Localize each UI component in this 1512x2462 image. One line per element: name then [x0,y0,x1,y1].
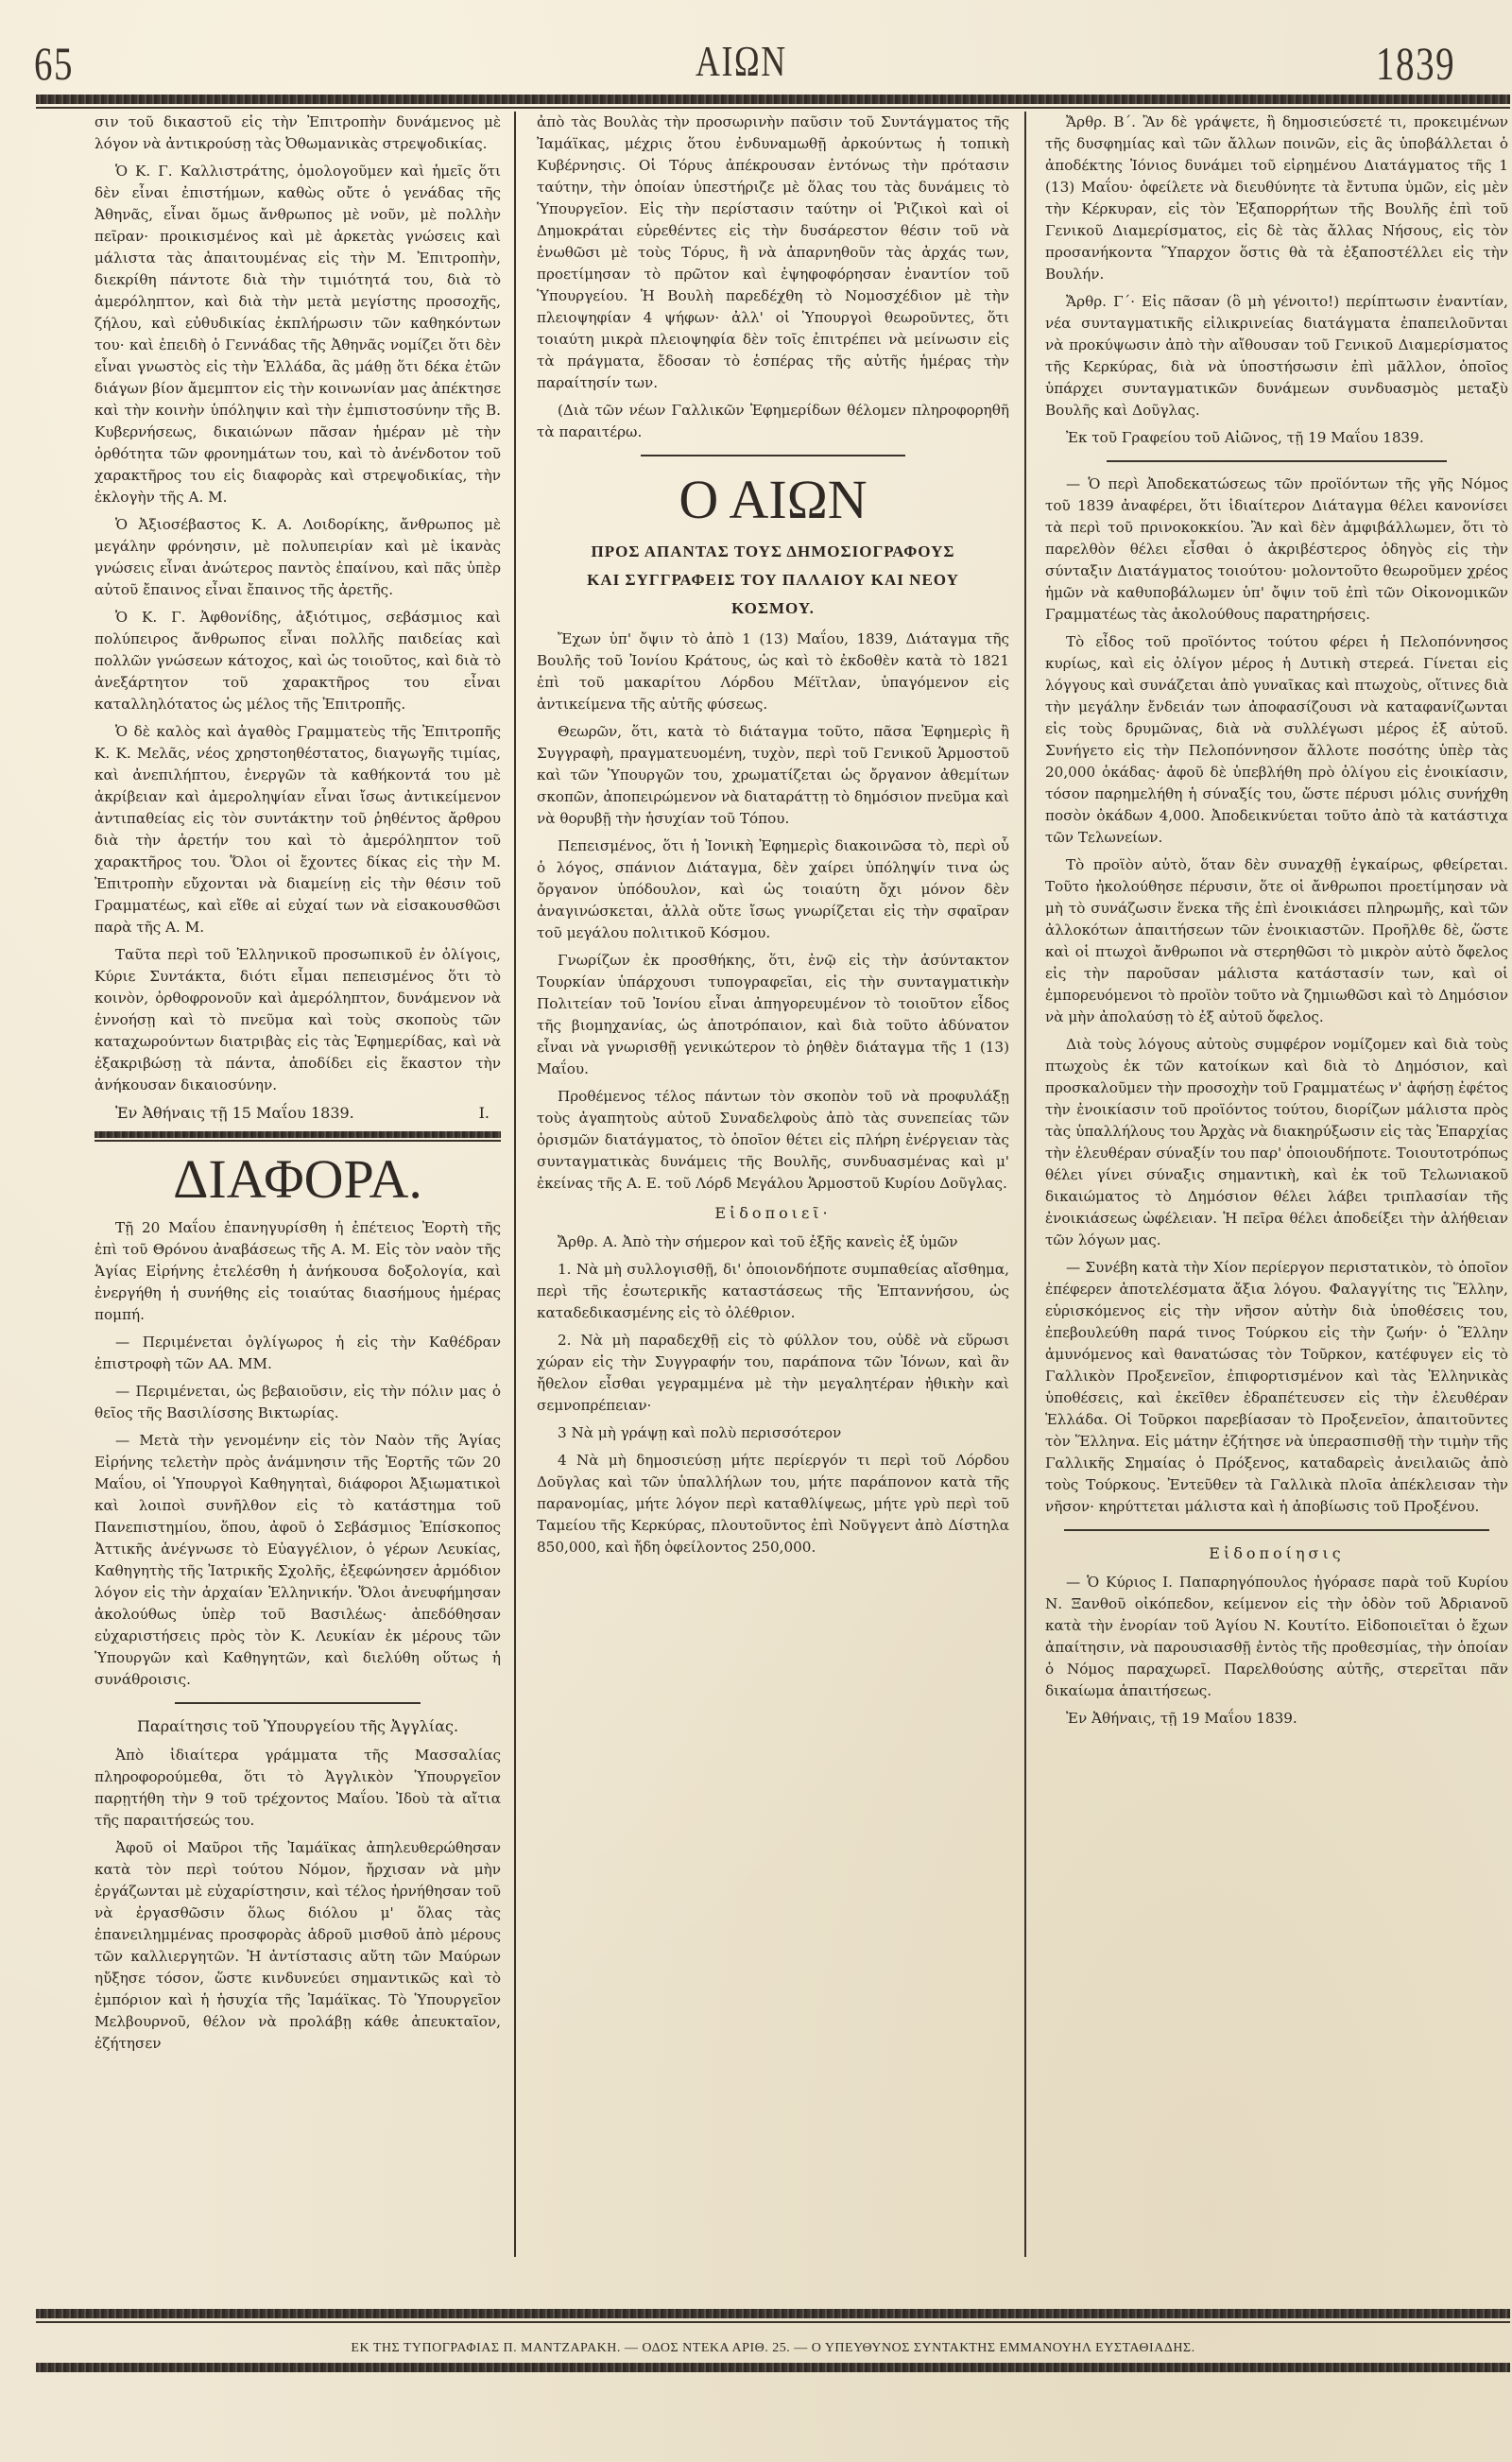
paragraph: (Διὰ τῶν νέων Γαλλικῶν Ἐφημερίδων θέλομε… [537,400,1009,443]
notice-signoff: Ἐν Ἀθήναις, τῇ 19 Μαΐου 1839. [1045,1708,1508,1730]
paragraph: Ἀπὸ ἰδιαίτερα γράμματα τῆς Μασσαλίας πλη… [94,1745,501,1832]
masthead-rule [36,95,1510,104]
eidopoiei-heading: Εἰδοποιεῖ· [537,1202,1009,1224]
news-item: — Περιμένεται ὀγλίγωρος ἡ εἰς τὴν Καθέδρ… [94,1332,501,1375]
issue-year: 1839 [1376,36,1455,91]
paragraph: Θεωρῶν, ὅτι, κατὰ τὸ διάταγμα τοῦτο, πᾶσ… [537,721,1009,830]
column-divider [1024,112,1026,2257]
news-item: — Περιμένεται, ὡς βεβαιοῦσιν, εἰς τὴν πό… [94,1381,501,1424]
column-divider [514,112,516,2257]
column-2: ἀπὸ τὰς Βουλὰς τὴν προσωρινὴν παῦσιν τοῦ… [537,112,1009,1564]
signoff-date: Ἐν Ἀθήναις τῇ 15 Μαΐου 1839. [115,1102,354,1124]
column-3: Ἄρθρ. Β΄. Ἂν δὲ γράψετε, ἢ δημοσιεύσετέ … [1045,112,1508,1735]
signoff-initial: Ι. [479,1102,490,1124]
article-item: 2. Νὰ μὴ παραδεχθῇ εἰς τὸ φύλλον του, οὐ… [537,1330,1009,1417]
paragraph: Ὁ Κ. Γ. Ἀφθονίδης, ἀξιότιμος, σεβάσμιος … [94,607,501,715]
paragraph: Ὁ δὲ καλὸς καὶ ἀγαθὸς Γραμματεὺς τῆς Ἐπι… [94,721,501,938]
notice-text: — Ὁ Κύριος Ι. Παπαρηγόπουλος ἠγόρασε παρ… [1045,1572,1508,1702]
article-c: Ἄρθρ. Γ΄· Εἰς πᾶσαν (ὃ μὴ γένοιτο!) περί… [1045,291,1508,422]
paragraph: Γνωρίζων ἐκ προσθήκης, ὅτι, ἐνῷ εἰς τὴν … [537,950,1009,1080]
aion-subheading: ΠΡΟΣ ΑΠΑΝΤΑΣ ΤΟΥΣ ΔΗΜΟΣΙΟΓΡΑΦΟΥΣ ΚΑΙ ΣΥΓ… [537,538,1009,623]
paragraph: — Συνέβη κατὰ τὴν Χίον περίεργον περιστα… [1045,1257,1508,1518]
paragraph: Ἔχων ὑπ' ὄψιν τὸ ἀπὸ 1 (13) Μαΐου, 1839,… [537,628,1009,715]
footer-rule [36,2309,1510,2318]
resignation-title: Παραίτησις τοῦ Ὑπουργείου τῆς Ἀγγλίας. [94,1715,501,1737]
paragraph: Ὁ Ἀξιοσέβαστος Κ. Α. Λοιδορίκης, ἄνθρωπο… [94,514,501,601]
article-item: 1. Νὰ μὴ συλλογισθῇ, δι' ὁποιονδήποτε συ… [537,1259,1009,1324]
article-item: 4 Νὰ μὴ δημοσιεύσῃ μήτε περίεργόν τι περ… [537,1450,1009,1558]
paragraph: Τὸ προϊὸν αὐτὸ, ὅταν δὲν συναχθῇ ἐγκαίρω… [1045,854,1508,1028]
article-a: Ἄρθρ. Α. Ἀπὸ τὴν σήμερον καὶ τοῦ ἑξῆς κα… [537,1231,1009,1253]
page-number: 65 [34,36,74,91]
paragraph: Πεπεισμένος, ὅτι ἡ Ἰονικὴ Ἐφημερὶς διακο… [537,835,1009,944]
letter-signoff: Ἐν Ἀθήναις τῇ 15 Μαΐου 1839. Ι. [94,1102,501,1124]
subheading-line: ΚΑΙ ΣΥΓΓΡΑΦΕΙΣ ΤΟΥ ΠΑΛΑΙΟΥ ΚΑΙ ΝΕΟΥ [537,566,1009,594]
short-rule [641,455,905,456]
diafora-heading: ΔΙΑΦΟΡΑ. [94,1147,501,1212]
masthead-rule-thin [36,107,1510,109]
aion-heading: Ο ΑΙΩΝ [537,468,1009,532]
article-b: Ἄρθρ. Β΄. Ἂν δὲ γράψετε, ἢ δημοσιεύσετέ … [1045,112,1508,285]
section-rule-thin [94,1140,501,1142]
notice-title: Εἰδοποίησις [1045,1542,1508,1564]
paragraph: Ἀφοῦ οἱ Μαῦροι τῆς Ἰαμάϊκας ἀπηλευθερώθη… [94,1837,501,2055]
short-rule [1064,1529,1489,1531]
footer-rule [36,2363,1510,2372]
office-signoff: Ἐκ τοῦ Γραφείου τοῦ Αἰῶνος, τῇ 19 Μαΐου … [1045,427,1508,449]
short-rule [1107,460,1447,462]
printer-imprint: ΕΚ ΤΗΣ ΤΥΠΟΓΡΑΦΙΑΣ Π. ΜΑΝΤΖΑΡΑΚΗ. — ΟΔΟΣ… [36,2341,1510,2356]
paragraph: — Ὁ περὶ Ἀποδεκατώσεως τῶν προϊόντων τῆς… [1045,473,1508,626]
subheading-line: ΚΟΣΜΟΥ. [537,594,1009,623]
paragraph: ἀπὸ τὰς Βουλὰς τὴν προσωρινὴν παῦσιν τοῦ… [537,112,1009,394]
news-item: — Μετὰ τὴν γενομένην εἰς τὸν Ναὸν τῆς Ἁγ… [94,1430,501,1691]
article-item: 3 Νὰ μὴ γράψῃ καὶ πολὺ περισσότερον [537,1422,1009,1444]
paragraph: Ὁ Κ. Γ. Καλλιστράτης, ὁμολογοῦμεν καὶ ἡμ… [94,161,501,508]
subheading-line: ΠΡΟΣ ΑΠΑΝΤΑΣ ΤΟΥΣ ΔΗΜΟΣΙΟΓΡΑΦΟΥΣ [537,538,1009,566]
short-rule [175,1702,421,1704]
newspaper-title: ΑΙΩΝ [696,36,787,86]
paragraph: Προθέμενος τέλος πάντων τὸν σκοπὸν τοῦ ν… [537,1086,1009,1195]
section-rule [94,1131,501,1138]
masthead: 65 ΑΙΩΝ 1839 [34,28,1508,95]
paragraph: Τὸ εἶδος τοῦ προϊόντος τούτου φέρει ἡ Πε… [1045,631,1508,849]
paragraph: Ταῦτα περὶ τοῦ Ἑλληνικοῦ προσωπικοῦ ἐν ὀ… [94,944,501,1096]
news-item: Τῇ 20 Μαΐου ἐπανηγυρίσθη ἡ ἐπέτειος Ἑορτ… [94,1217,501,1326]
footer-rule-thin [36,2321,1510,2323]
column-1: σιν τοῦ δικαστοῦ εἰς τὴν Ἐπιτροπὴν δυνάμ… [94,112,501,2060]
paragraph: σιν τοῦ δικαστοῦ εἰς τὴν Ἐπιτροπὴν δυνάμ… [94,112,501,155]
paragraph: Διὰ τοὺς λόγους αὐτοὺς συμφέρον νομίζομε… [1045,1034,1508,1251]
newspaper-page: 65 ΑΙΩΝ 1839 σιν τοῦ δικαστοῦ εἰς τὴν Ἐπ… [0,0,1512,2462]
